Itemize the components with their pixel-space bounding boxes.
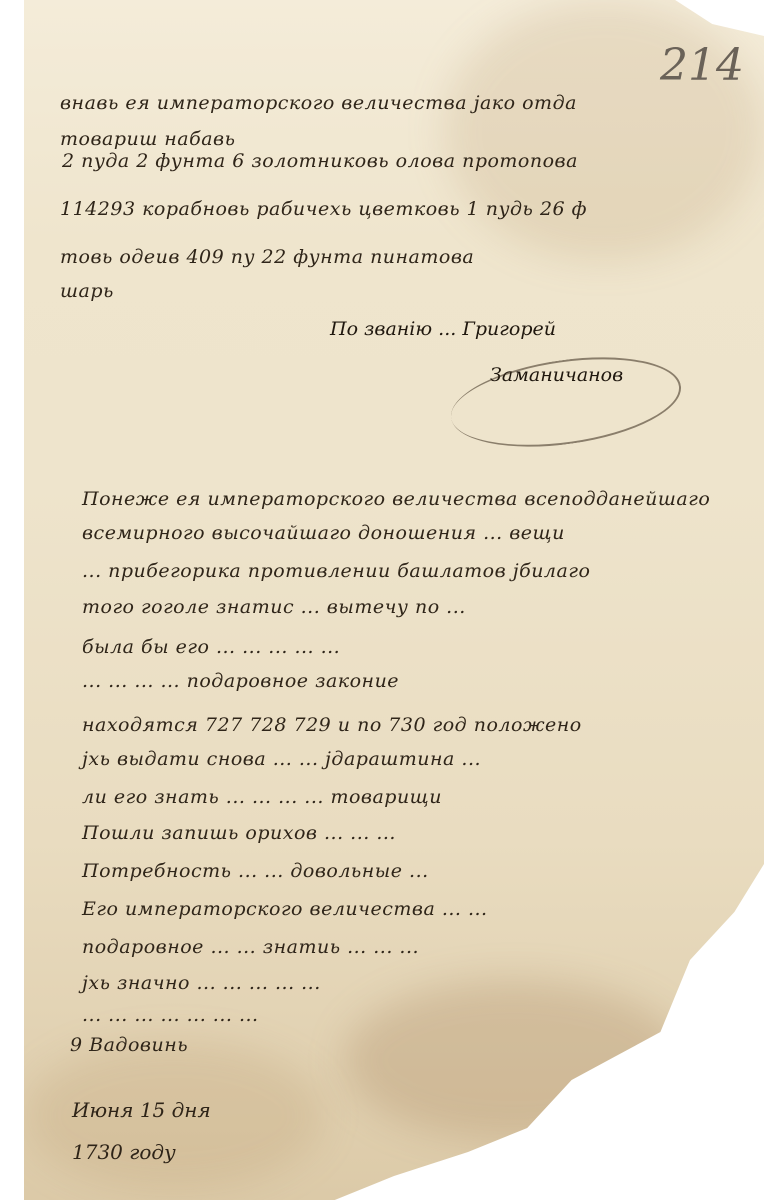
text-line: јхь значно ... ... ... ... ...: [82, 972, 321, 994]
text-line: јхь выдати снова ... ... јдараштина ...: [82, 748, 481, 770]
text-line: товь одеив 409 пу 22 фунта пинатова: [60, 246, 474, 268]
text-line: находятся 727 728 729 и по 730 год полож…: [82, 714, 582, 736]
text-line: всемирного высочайшаго доношения ... вещ…: [82, 522, 565, 544]
date-line: 1730 году: [72, 1140, 176, 1164]
text-line: Его императорского величества ... ...: [82, 898, 488, 920]
text-line: того гоголе знатис ... вытечу по ...: [82, 596, 466, 618]
text-line: Понеже ея императорского величества всеп…: [82, 488, 710, 510]
text-line: шарь: [60, 280, 114, 302]
text-line: 2 пуда 2 фунта 6 золотниковь олова прото…: [62, 150, 578, 172]
text-line: внавь ея императорского величества јако …: [60, 92, 577, 114]
water-stain: [444, 0, 764, 260]
date-line: Июня 15 дня: [72, 1098, 211, 1122]
text-line: Потребность ... ... довольные ...: [82, 860, 429, 882]
text-line: ли его знать ... ... ... ... товарищи: [82, 786, 442, 808]
text-line: 114293 корабновь рабичехь цветковь 1 пуд…: [60, 198, 587, 220]
signature-line: По званію ... Григорей: [330, 318, 556, 340]
text-line: 9 Вадовинь: [70, 1034, 188, 1056]
text-line: ... ... ... ... подаровное законие: [82, 670, 399, 692]
text-line: ... прибегорика противлении башлатов јби…: [82, 560, 590, 582]
water-stain: [344, 980, 684, 1140]
text-line: товариш набавь: [60, 128, 235, 150]
text-line: ... ... ... ... ... ... ...: [82, 1004, 259, 1026]
text-line: Пошли запишь орихов ... ... ...: [82, 822, 396, 844]
folio-number: 214: [660, 40, 744, 91]
text-line: подаровное ... ... знатиь ... ... ...: [82, 936, 419, 958]
text-line: была бы его ... ... ... ... ...: [82, 636, 340, 658]
